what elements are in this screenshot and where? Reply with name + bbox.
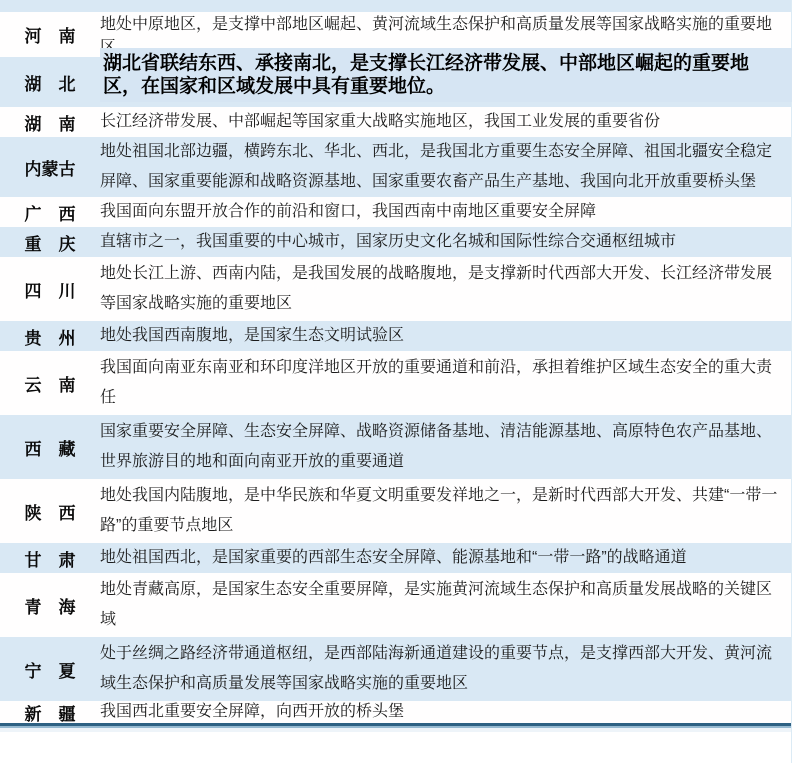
- province-description: 地处长江上游、西南内陆，是我国发展的战略腹地，是支撑新时代西部大开发、长江经济带…: [100, 259, 792, 319]
- province-name: 四 川: [0, 277, 100, 302]
- province-name: 内蒙古: [0, 155, 100, 180]
- table-row: 甘 肃 地处祖国西北，是国家重要的西部生态安全屏障、能源基地和“一带一路”的战略…: [0, 543, 792, 573]
- table-row: 湖 南 长江经济带发展、中部崛起等国家重大战略实施地区，我国工业发展的重要省份: [0, 107, 792, 137]
- province-description: 地处我国西南腹地，是国家生态文明试验区: [100, 321, 792, 351]
- province-name: 青 海: [0, 593, 100, 618]
- province-strategy-table-page: 河 南 地处中原地区，是支撑中部地区崛起、黄河流域生态保护和高质量发展等国家战略…: [0, 0, 800, 763]
- province-description: 地处祖国北部边疆，横跨东北、华北、西北，是我国北方重要生态安全屏障、祖国北疆安全…: [100, 137, 792, 197]
- province-name: 湖 南: [0, 110, 100, 135]
- table-row: 宁 夏 处于丝绸之路经济带通道枢纽，是西部陆海新通道建设的重要节点，是支撑西部大…: [0, 637, 792, 701]
- table-row: 重 庆 直辖市之一，我国重要的中心城市，国家历史文化名城和国际性综合交通枢纽城市: [0, 227, 792, 257]
- province-description: 长江经济带发展、中部崛起等国家重大战略实施地区，我国工业发展的重要省份: [100, 107, 792, 137]
- province-description: 直辖市之一，我国重要的中心城市，国家历史文化名城和国际性综合交通枢纽城市: [100, 227, 792, 257]
- province-name: 甘 肃: [0, 546, 100, 571]
- table-row: 云 南 我国面向南亚东南亚和环印度洋地区开放的重要通道和前沿，承担着维护区域生态…: [0, 351, 792, 415]
- province-name: 云 南: [0, 371, 100, 396]
- province-name: 宁 夏: [0, 657, 100, 682]
- province-description: 地处我国内陆腹地，是中华民族和华夏文明重要发祥地之一，是新时代西部大开发、共建“…: [100, 481, 792, 541]
- table-row: 青 海 地处青藏高原，是国家生态安全重要屏障，是实施黄河流域生态保护和高质量发展…: [0, 573, 792, 637]
- table-row: 西 藏 国家重要安全屏障、生态安全屏障、战略资源储备基地、清洁能源基地、高原特色…: [0, 415, 792, 479]
- table-row: 四 川 地处长江上游、西南内陆，是我国发展的战略腹地，是支撑新时代西部大开发、长…: [0, 257, 792, 321]
- province-description: 国家重要安全屏障、生态安全屏障、战略资源储备基地、清洁能源基地、高原特色农产品基…: [100, 417, 792, 477]
- province-description: 处于丝绸之路经济带通道枢纽，是西部陆海新通道建设的重要节点，是支撑西部大开发、黄…: [100, 639, 792, 699]
- bottom-border: [0, 723, 792, 732]
- table-row: 新 疆 我国西北重要安全屏障，向西开放的桥头堡: [0, 701, 792, 723]
- table-row: 广 西 我国面向东盟开放合作的前沿和窗口，我国西南中南地区重要安全屏障: [0, 197, 792, 227]
- province-name: 广 西: [0, 200, 100, 225]
- province-name: 重 庆: [0, 230, 100, 255]
- province-description: 我国西北重要安全屏障，向西开放的桥头堡: [100, 702, 792, 722]
- table-row: 湖 北 湖北省联结东西、承接南北，是支撑长江经济带发展、中部地区崛起的重要地区，…: [0, 57, 792, 107]
- table-row: 贵 州 地处我国西南腹地，是国家生态文明试验区: [0, 321, 792, 351]
- province-name: 陕 西: [0, 499, 100, 524]
- province-description: 地处青藏高原，是国家生态安全重要屏障，是实施黄河流域生态保护和高质量发展战略的关…: [100, 575, 792, 635]
- province-description: 地处祖国西北，是国家重要的西部生态安全屏障、能源基地和“一带一路”的战略通道: [100, 543, 792, 573]
- bottom-border-pale-line: [0, 728, 792, 732]
- province-name: 新 疆: [0, 701, 100, 723]
- province-description: 湖北省联结东西、承接南北，是支撑长江经济带发展、中部地区崛起的重要地区，在国家和…: [100, 48, 792, 102]
- province-name: 西 藏: [0, 435, 100, 460]
- province-name: 贵 州: [0, 324, 100, 349]
- province-description: 我国面向南亚东南亚和环印度洋地区开放的重要通道和前沿，承担着维护区域生态安全的重…: [100, 353, 792, 413]
- right-gutter: [791, 0, 800, 763]
- province-name: 湖 北: [0, 70, 100, 95]
- province-name: 河 南: [0, 22, 100, 47]
- table-body: 河 南 地处中原地区，是支撑中部地区崛起、黄河流域生态保护和高质量发展等国家战略…: [0, 12, 792, 723]
- province-description: 我国面向东盟开放合作的前沿和窗口，我国西南中南地区重要安全屏障: [100, 197, 792, 227]
- table-row: 陕 西 地处我国内陆腹地，是中华民族和华夏文明重要发祥地之一，是新时代西部大开发…: [0, 479, 792, 543]
- table-row: 内蒙古 地处祖国北部边疆，横跨东北、华北、西北，是我国北方重要生态安全屏障、祖国…: [0, 137, 792, 197]
